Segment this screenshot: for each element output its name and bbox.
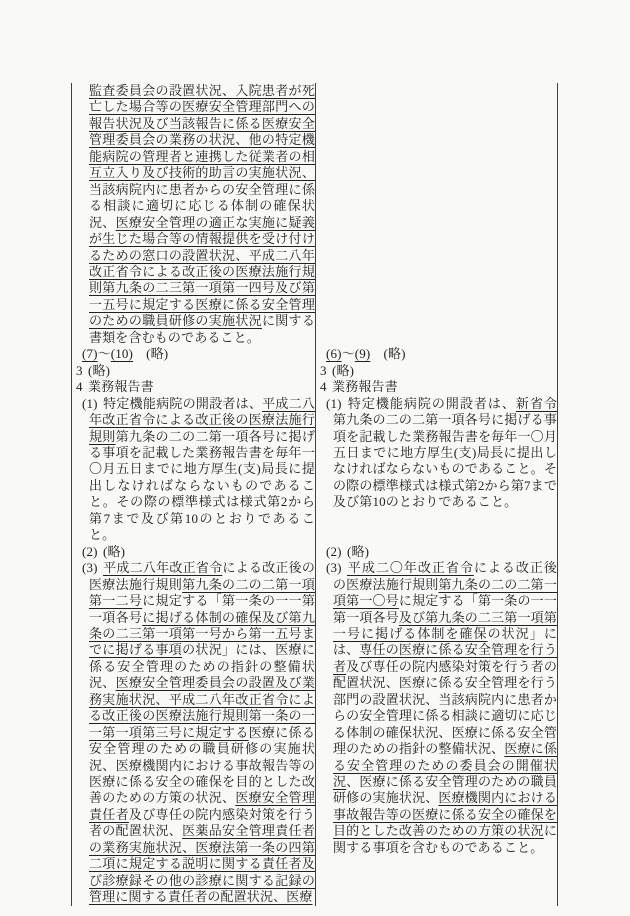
table-row: (7)〜(10) (略)(6)〜(9) (略) xyxy=(71,346,559,362)
cell-current-provision: 3(略) xyxy=(316,363,558,379)
table-row: 4業務報告書4業務報告書 xyxy=(71,379,559,395)
cell-current-provision: 4業務報告書 xyxy=(316,379,558,395)
text-block: (2)(略) xyxy=(72,544,315,560)
underlined-text-segment: (9) xyxy=(355,346,371,361)
text-segment: 業務報告書 xyxy=(88,379,154,394)
text-segment: (略) xyxy=(347,544,369,559)
underlined-text-segment: (6) xyxy=(326,346,342,361)
text-segment: (略) xyxy=(103,544,125,559)
underlined-text-segment: 新省令 xyxy=(516,396,557,411)
item-marker: (1) xyxy=(326,396,347,412)
text-segment: (略) xyxy=(370,346,405,361)
text-block: (1)特定機能病院の開設者は、平成二八年改正省令による改正後の医療法施行規則第九… xyxy=(72,396,315,544)
text-segment: (略) xyxy=(88,363,110,378)
item-marker: 4 xyxy=(76,379,88,395)
cell-current-provision: (1)特定機能病院の開設者は、新省令第九条の二の二第一項各号に掲げる事項を記載し… xyxy=(316,396,558,544)
text-block: 4業務報告書 xyxy=(72,379,315,395)
text-block: (6)〜(9) (略) xyxy=(316,346,557,362)
text-block: 監査委員会の設置状況、入院患者が死亡した場合等の医療安全管理部門への報告状況及び… xyxy=(72,83,315,346)
table-row: (2)(略)(2)(略) xyxy=(71,544,559,560)
underlined-text-segment: (7) xyxy=(82,346,98,361)
underlined-text-segment: 平成二八年改正省令 xyxy=(103,560,222,575)
item-marker: 4 xyxy=(320,379,332,395)
cell-revised-provision: (1)特定機能病院の開設者は、平成二八年改正省令による改正後の医療法施行規則第九… xyxy=(71,396,316,544)
comparison-table: 監査委員会の設置状況、入院患者が死亡した場合等の医療安全管理部門への報告状況及び… xyxy=(71,83,559,906)
text-block: (1)特定機能病院の開設者は、新省令第九条の二の二第一項各号に掲げる事項を記載し… xyxy=(316,396,557,511)
cell-revised-provision: 3(略) xyxy=(71,363,316,379)
cell-revised-provision: (7)〜(10) (略) xyxy=(71,346,316,362)
text-block: (3)平成二八年改正省令による改正後の医療法施行規則第九条の二の二第一項第一二号… xyxy=(72,560,315,906)
item-marker: (3) xyxy=(82,560,103,576)
table-row: 監査委員会の設置状況、入院患者が死亡した場合等の医療安全管理部門への報告状況及び… xyxy=(71,83,559,346)
document-page: 監査委員会の設置状況、入院患者が死亡した場合等の医療安全管理部門への報告状況及び… xyxy=(0,0,630,916)
text-segment: (略) xyxy=(133,346,168,361)
item-marker: 3 xyxy=(76,363,88,379)
underlined-text-segment: 平成二〇年改正省令 xyxy=(347,560,474,575)
cell-current-provision: (2)(略) xyxy=(316,544,558,560)
item-marker: (1) xyxy=(82,396,103,412)
item-marker: 3 xyxy=(320,363,332,379)
cell-current-provision: (3)平成二〇年改正省令による改正後の医療法施行規則第九条の二の二第一項第一〇号… xyxy=(316,560,558,906)
text-segment: 第九条の二の二第一項各号に掲げる事項を記載した業務報告書を毎年一〇月五日までに地… xyxy=(89,429,315,543)
cell-revised-provision: 4業務報告書 xyxy=(71,379,316,395)
item-marker: (2) xyxy=(326,544,347,560)
table-row: (1)特定機能病院の開設者は、平成二八年改正省令による改正後の医療法施行規則第九… xyxy=(71,396,559,544)
text-block: 4業務報告書 xyxy=(316,379,557,395)
text-segment: 特定機能病院の開設者は、 xyxy=(103,396,262,411)
text-block: 3(略) xyxy=(72,363,315,379)
text-segment: 〜 xyxy=(342,346,355,361)
cell-revised-provision: (2)(略) xyxy=(71,544,316,560)
text-block: 3(略) xyxy=(316,363,557,379)
text-segment: 〜 xyxy=(98,346,111,361)
text-block: (2)(略) xyxy=(316,544,557,560)
cell-revised-provision: 監査委員会の設置状況、入院患者が死亡した場合等の医療安全管理部門への報告状況及び… xyxy=(71,83,316,346)
text-segment: 第九条の二の二第一項各号に掲げる事項を記載した業務報告書を毎年一〇月五日までに地… xyxy=(333,412,557,509)
table-row: (3)平成二八年改正省令による改正後の医療法施行規則第九条の二の二第一項第一二号… xyxy=(71,560,559,906)
cell-revised-provision: (3)平成二八年改正省令による改正後の医療法施行規則第九条の二の二第一項第一二号… xyxy=(71,560,316,906)
text-segment: (略) xyxy=(332,363,354,378)
cell-current-provision xyxy=(316,83,558,346)
underlined-text-segment: (10) xyxy=(111,346,133,361)
table-row: 3(略)3(略) xyxy=(71,363,559,379)
text-segment: 特定機能病院の開設者は、 xyxy=(347,396,516,411)
underlined-text-segment: 監査委員会の設置状況、入院患者が死亡した場合等の医療安全管理部門への報告状況及び… xyxy=(89,83,315,180)
text-block: (7)〜(10) (略) xyxy=(72,346,315,362)
cell-current-provision: (6)〜(9) (略) xyxy=(316,346,558,362)
item-marker: (3) xyxy=(326,560,347,576)
text-block: (3)平成二〇年改正省令による改正後の医療法施行規則第九条の二の二第一項第一〇号… xyxy=(316,560,557,856)
item-marker: (2) xyxy=(82,544,103,560)
underlined-text-segment: 医療安全管理の適正な実施に疑義が生じた場合等の情報提供を受け付けるための窓口の設… xyxy=(89,215,315,329)
text-segment: 業務報告書 xyxy=(332,379,398,394)
